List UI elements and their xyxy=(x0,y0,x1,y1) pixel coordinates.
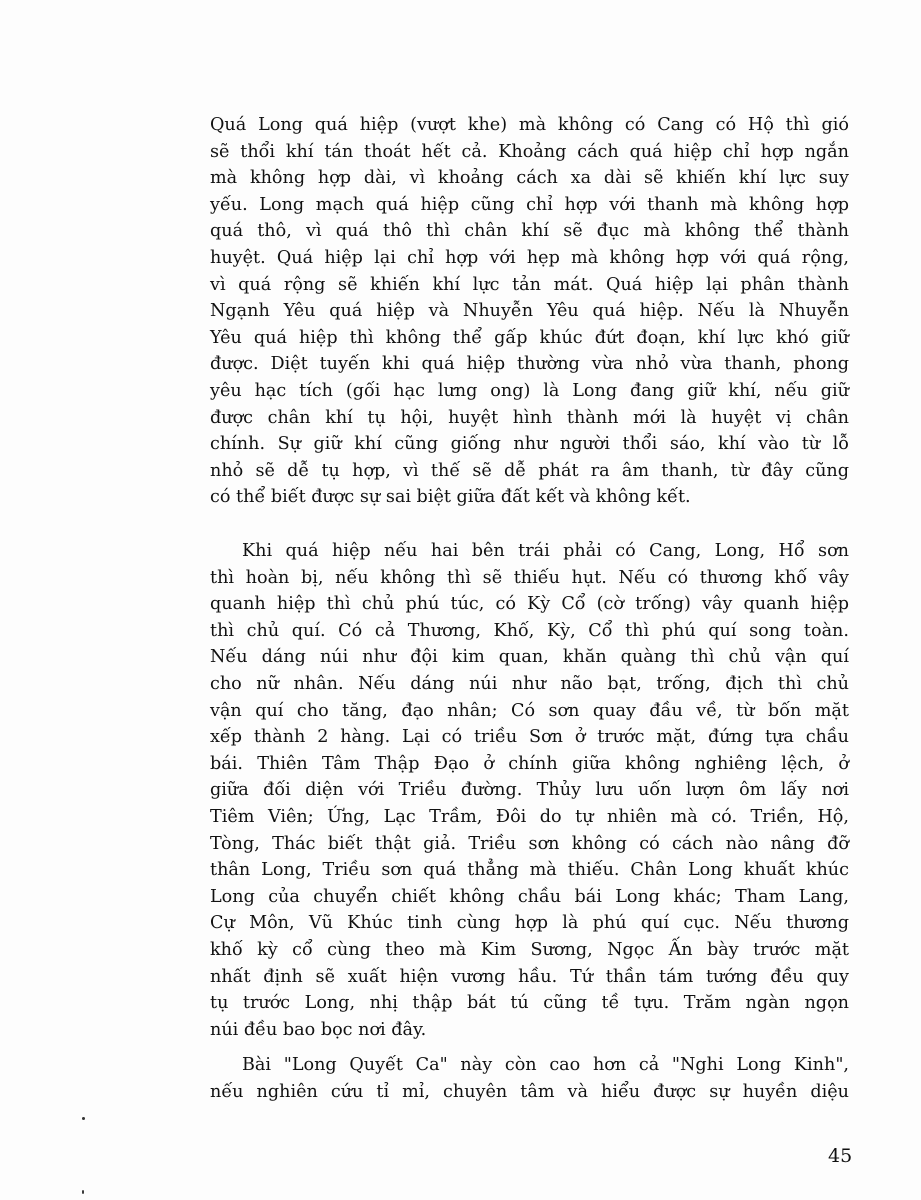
text-line: Yêu quá hiệp thì không thể gấp khúc đứt … xyxy=(210,325,849,352)
text-line: xếp thành 2 hàng. Lại có triều Sơn ở trư… xyxy=(210,724,849,751)
text-line: Tiêm Viên; Ứng, Lạc Trầm, Đôi do tự nhiê… xyxy=(210,804,849,831)
paragraph-2: Khi quá hiệp nếu hai bên trái phải có Ca… xyxy=(210,538,849,1043)
text-line: Tòng, Thác biết thật giả. Triều sơn khôn… xyxy=(210,831,849,858)
paragraph-1: Quá Long quá hiệp (vượt khe) mà không có… xyxy=(210,112,849,511)
text-line: yêu hạc tích (gối hạc lưng ong) là Long … xyxy=(210,378,849,405)
scan-speck xyxy=(82,1190,84,1194)
text-line: Nếu dáng núi như đội kim quan, khăn quàn… xyxy=(210,644,849,671)
text-line: thân Long, Triều sơn quá thẳng mà thiếu.… xyxy=(210,857,849,884)
text-line: núi đều bao bọc nơi đây. xyxy=(210,1017,849,1044)
text-line: Bài "Long Quyết Ca" này còn cao hơn cả "… xyxy=(210,1052,849,1079)
text-line: sẽ thổi khí tán thoát hết cả. Khoảng các… xyxy=(210,139,849,166)
text-line: nhỏ sẽ dễ tụ hợp, vì thế sẽ dễ phát ra â… xyxy=(210,458,849,485)
text-line: yếu. Long mạch quá hiệp cũng chỉ hợp với… xyxy=(210,192,849,219)
text-line: huyệt. Quá hiệp lại chỉ hợp với hẹp mà k… xyxy=(210,245,849,272)
text-line: giữa đối diện với Triều đường. Thủy lưu … xyxy=(210,777,849,804)
text-line: mà không hợp dài, vì khoảng cách xa dài … xyxy=(210,165,849,192)
text-line: được chân khí tụ hội, huyệt hình thành m… xyxy=(210,405,849,432)
text-line: thì chủ quí. Có cả Thương, Khố, Kỳ, Cổ t… xyxy=(210,618,849,645)
page-number: 45 xyxy=(828,1145,852,1167)
text-line: được. Diệt tuyến khi quá hiệp thường vừa… xyxy=(210,351,849,378)
text-line: chính. Sự giữ khí cũng giống như người t… xyxy=(210,431,849,458)
text-line: nếu nghiên cứu tỉ mỉ, chuyên tâm và hiểu… xyxy=(210,1079,849,1106)
text-line: cho nữ nhân. Nếu dáng núi như não bạt, t… xyxy=(210,671,849,698)
text-line: Cự Môn, Vũ Khúc tinh cùng hợp là phú quí… xyxy=(210,910,849,937)
text-line: bái. Thiên Tâm Thập Đạo ở chính giữa khô… xyxy=(210,751,849,778)
paragraph-3: Bài "Long Quyết Ca" này còn cao hơn cả "… xyxy=(210,1052,849,1105)
scan-speck xyxy=(82,1117,85,1120)
text-line: vì quá rộng sẽ khiến khí lực tản mát. Qu… xyxy=(210,272,849,299)
text-line: Quá Long quá hiệp (vượt khe) mà không có… xyxy=(210,112,849,139)
text-line: vận quí cho tăng, đạo nhân; Có sơn quay … xyxy=(210,698,849,725)
text-line: quá thô, vì quá thô thì chân khí sẽ đục … xyxy=(210,218,849,245)
text-line: có thể biết được sự sai biệt giữa đất kế… xyxy=(210,484,849,511)
text-line: khố kỳ cổ cùng theo mà Kim Sương, Ngọc Ấ… xyxy=(210,937,849,964)
text-line: thì hoàn bị, nếu không thì sẽ thiếu hụt.… xyxy=(210,565,849,592)
text-line: quanh hiệp thì chủ phú túc, có Kỳ Cổ (cờ… xyxy=(210,591,849,618)
text-line: Long của chuyển chiết không chầu bái Lon… xyxy=(210,884,849,911)
text-line: Ngạnh Yêu quá hiệp và Nhuyễn Yêu quá hiệ… xyxy=(210,298,849,325)
book-page: Quá Long quá hiệp (vượt khe) mà không có… xyxy=(0,0,921,1200)
text-line: Khi quá hiệp nếu hai bên trái phải có Ca… xyxy=(210,538,849,565)
text-line: tụ trước Long, nhị thập bát tú cũng tề t… xyxy=(210,990,849,1017)
text-line: nhất định sẽ xuất hiện vương hầu. Tứ thầ… xyxy=(210,964,849,991)
